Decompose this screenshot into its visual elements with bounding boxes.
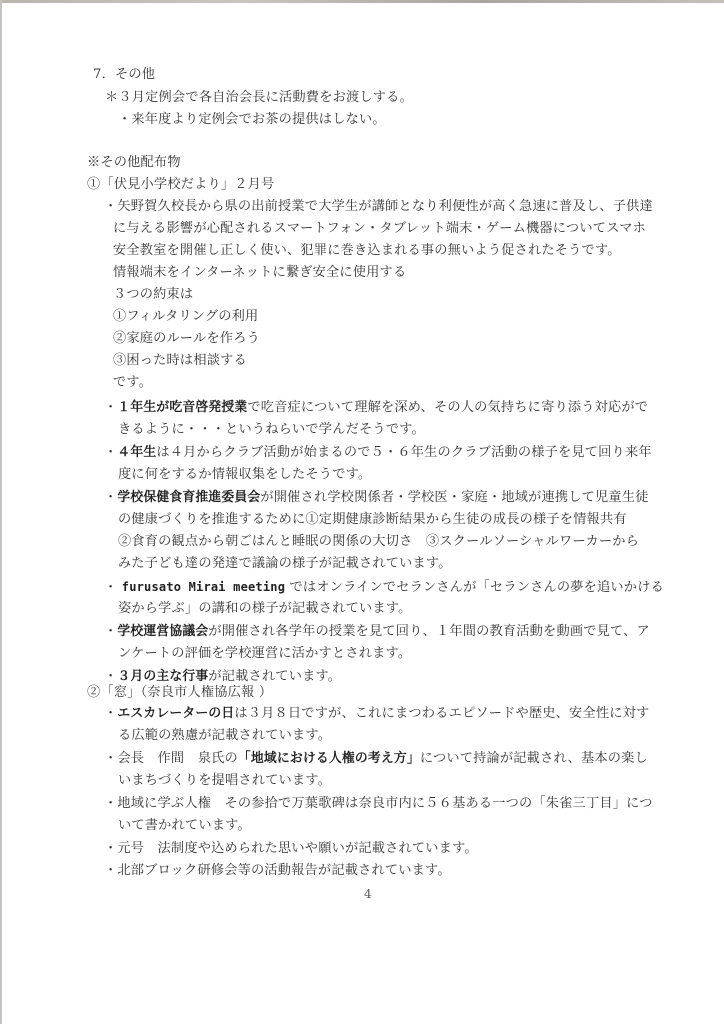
list-item: ・学校運営協議会が開催され各学年の授業を見て回り、１年間の教育活動を動画で見て、… xyxy=(104,623,650,641)
list-item-cont: いて書かれています。 xyxy=(118,817,251,835)
list-item-cont: ３つの約束は xyxy=(113,286,193,304)
bold-term: furusato Mirai meeting xyxy=(122,580,285,594)
item-title: ②「窓」（奈良市人権協広報 ） xyxy=(87,684,272,702)
list-item: ・ furusato Mirai meeting ではオンラインでセランさんが「… xyxy=(104,578,664,597)
bold-term: 「地域における人権の考え方」 xyxy=(238,751,420,766)
list-item-cont: きるように・・・というねらいで学んだそうです。 xyxy=(118,421,425,439)
bold-term: ４年生 xyxy=(117,445,156,460)
item-title: ①「伏見小学校だより」２月号 xyxy=(87,176,274,194)
page-number: 4 xyxy=(364,887,372,901)
list-item-cont: ②家庭のルールを作ろう xyxy=(113,330,260,348)
list-item-cont: いまちづくりを提唱されています。 xyxy=(118,772,331,790)
list-item: ・エスカレーターの日は３月８日ですが、これにまつわるエピソードや歴史、安全性に対… xyxy=(104,705,649,723)
list-item-cont: 度に何をするか情報収集をしたそうです。 xyxy=(118,466,371,484)
list-item: ・地域に学ぶ人権 その参拾で万葉歌碑は奈良市内に５６基ある一つの「朱雀三丁目」に… xyxy=(104,795,653,813)
list-item: ・元号 法制度や込められた思いや願いが記載されています。 xyxy=(104,840,478,858)
list-item: ・北部ブロック研修会等の活動報告が記載されています。 xyxy=(104,862,451,880)
bold-term: １年生が吃音啓発授業 xyxy=(117,400,247,415)
list-item: ・１年生が吃音啓発授業で吃音症について理解を深め、その人の気持ちに寄り添う対応が… xyxy=(104,399,648,417)
list-item-cont: 安全教室を開催し正しく使い、犯罪に巻き込まれる事の無いよう促されたそうです。 xyxy=(113,242,621,260)
list-item: ・４年生は４月からクラブ活動が始まるので５・６年生のクラブ活動の様子を見て回り来… xyxy=(104,444,652,462)
note-item: ・来年度より定例会でお茶の提供はしない。 xyxy=(118,111,386,129)
list-item-cont: ②食育の観点から朝ごはんと睡眠の関係の大切さ ③スクールソーシャルワーカーから xyxy=(118,533,639,551)
list-item-cont: に与える影響が心配されるスマートフォン・タブレット端末・ゲーム機器についてスマホ xyxy=(113,220,646,238)
section-heading: 7．その他 xyxy=(93,66,155,84)
document-page: 7．その他 ＊３月定例会で各自治会長に活動費をお渡しする。 ・来年度より定例会で… xyxy=(0,0,724,1024)
list-item-cont: ③困った時は相談する xyxy=(113,352,247,370)
bold-term: エスカレーターの日 xyxy=(117,706,234,721)
bold-term: 学校運営協議会 xyxy=(117,624,208,639)
bold-term: 学校保健食育推進委員会 xyxy=(117,490,260,505)
list-item-cont: みた子ども達の発達で議論の様子が記載されています。 xyxy=(118,555,452,573)
section-heading: ※その他配布物 xyxy=(87,154,181,172)
bold-term: ３月の主な行事 xyxy=(117,669,208,684)
list-item: ・矢野賀久校長から県の出前授業で大学生が講師となり利便性が高く急速に普及し、子供… xyxy=(104,198,653,216)
list-item-cont: 情報端末をインターネットに繋ぎ安全に使用する xyxy=(113,264,406,282)
list-item-cont: の健康づくりを推進するために①定期健康診断結果から生徒の成長の様子を情報共有 xyxy=(118,511,627,529)
list-item-cont: る広範の熟慮が記載されています。 xyxy=(118,727,331,745)
note-item: ＊３月定例会で各自治会長に活動費をお渡しする。 xyxy=(105,89,413,107)
list-item-cont: ンケートの評価を学校運営に活かすとされます。 xyxy=(118,645,411,663)
list-item: ・学校保健食育推進委員会が開催され学校関係者・学校医・家庭・地域が連携して児童生… xyxy=(104,489,649,507)
list-item: ・会長 作間 泉氏の「地域における人権の考え方」について持論が記載され、基本の楽… xyxy=(104,750,648,768)
list-item-cont: 姿から学ぶ」の講和の様子が記載されています。 xyxy=(118,600,411,618)
list-item-cont: です。 xyxy=(113,374,152,392)
list-item-cont: ①フィルタリングの利用 xyxy=(113,308,258,326)
